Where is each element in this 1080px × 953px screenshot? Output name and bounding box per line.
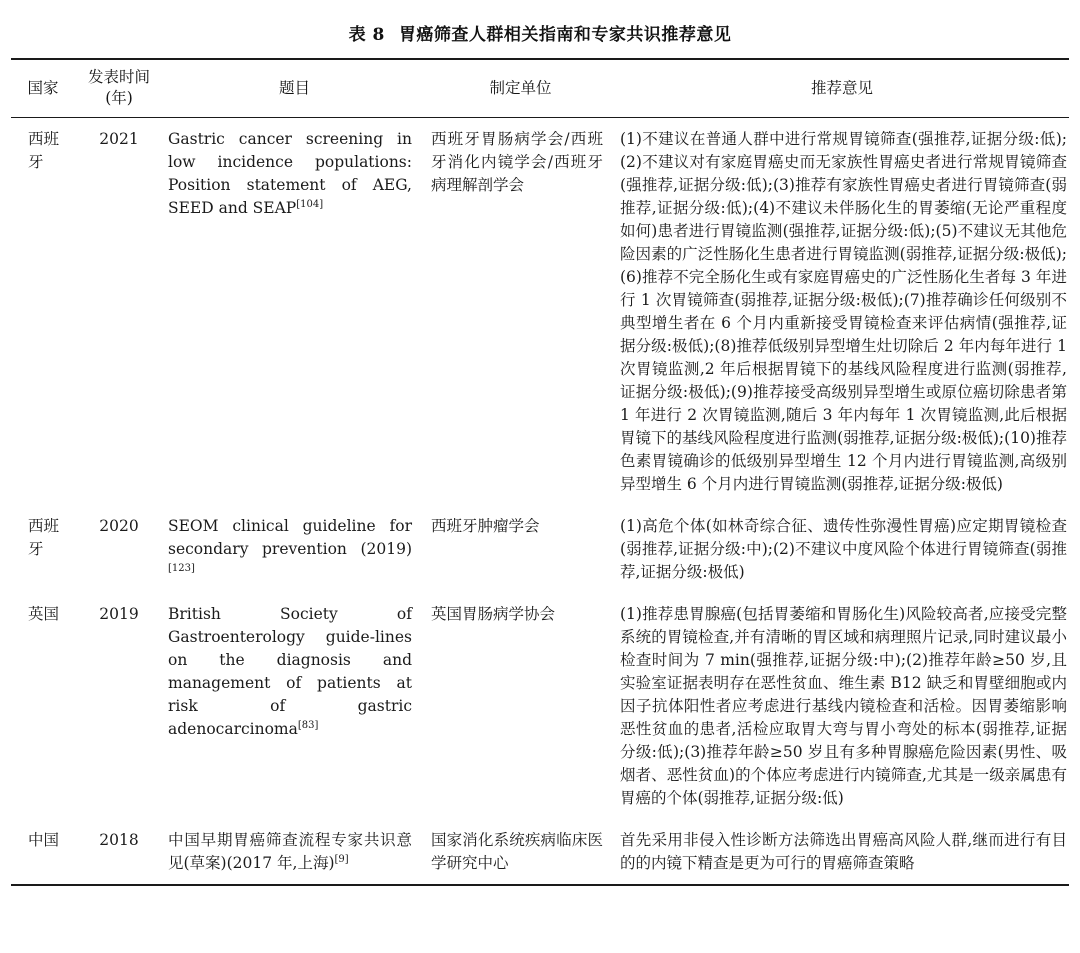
guideline-title: SEOM clinical guideline for secondary pr… — [168, 517, 412, 558]
column-header-country: 国家 — [11, 59, 75, 118]
recommendation-cell: (1)不建议在普通人群中进行常规胃镜筛查(强推荐,证据分级:低);(2)不建议对… — [615, 118, 1069, 506]
title-cell: British Society of Gastroenterology guid… — [163, 593, 426, 819]
recommendation-cell: (1)推荐患胃腺癌(包括胃萎缩和胃肠化生)风险较高者,应接受完整系统的胃镜检查,… — [615, 593, 1069, 819]
organization-cell: 国家消化系统疾病临床医学研究中心 — [426, 819, 615, 885]
reference-superscript: [123] — [168, 563, 195, 574]
year-cell: 2019 — [75, 593, 163, 819]
column-header-recommendation: 推荐意见 — [615, 59, 1069, 118]
column-header-organization: 制定单位 — [426, 59, 615, 118]
recommendation-cell: 首先采用非侵入性诊断方法筛选出胃癌高风险人群,继而进行有目的的内镜下精查是更为可… — [615, 819, 1069, 885]
title-cell: Gastric cancer screening in low incidenc… — [163, 118, 426, 506]
country-cell: 西班牙 — [11, 118, 75, 506]
column-header-year-line1: 发表时间 — [79, 67, 159, 88]
guideline-table: 国家 发表时间 (年) 题目 制定单位 推荐意见 西班牙 2021 Gastri… — [11, 58, 1069, 886]
country-cell: 西班牙 — [11, 505, 75, 593]
column-header-year-line2: (年) — [79, 88, 159, 109]
reference-superscript: [104] — [296, 199, 323, 210]
table-header-row: 国家 发表时间 (年) 题目 制定单位 推荐意见 — [11, 59, 1069, 118]
title-cell: SEOM clinical guideline for secondary pr… — [163, 505, 426, 593]
recommendation-cell: (1)高危个体(如林奇综合征、遗传性弥漫性胃癌)应定期胃镜检查(弱推荐,证据分级… — [615, 505, 1069, 593]
column-header-title: 题目 — [163, 59, 426, 118]
table-number: 表 8 — [349, 25, 385, 45]
organization-cell: 西班牙肿瘤学会 — [426, 505, 615, 593]
table-title-text: 胃癌筛查人群相关指南和专家共识推荐意见 — [399, 25, 732, 45]
country-cell: 英国 — [11, 593, 75, 819]
title-cell: 中国早期胃癌筛查流程专家共识意见(草案)(2017 年,上海)[9] — [163, 819, 426, 885]
paper-page: 表 8胃癌筛查人群相关指南和专家共识推荐意见 国家 发表时间 (年) 题目 制定… — [0, 0, 1080, 953]
year-cell: 2018 — [75, 819, 163, 885]
table-row: 西班牙 2020 SEOM clinical guideline for sec… — [11, 505, 1069, 593]
table-caption: 表 8胃癌筛查人群相关指南和专家共识推荐意见 — [11, 20, 1069, 45]
organization-cell: 西班牙胃肠病学会/西班牙消化内镜学会/西班牙病理解剖学会 — [426, 118, 615, 506]
year-cell: 2021 — [75, 118, 163, 506]
table-row: 西班牙 2021 Gastric cancer screening in low… — [11, 118, 1069, 506]
reference-superscript: [83] — [298, 720, 319, 731]
guideline-title: British Society of Gastroenterology guid… — [168, 605, 412, 738]
country-cell: 中国 — [11, 819, 75, 885]
guideline-title: 中国早期胃癌筛查流程专家共识意见(草案)(2017 年,上海) — [168, 831, 412, 872]
column-header-year: 发表时间 (年) — [75, 59, 163, 118]
table-row: 中国 2018 中国早期胃癌筛查流程专家共识意见(草案)(2017 年,上海)[… — [11, 819, 1069, 885]
guideline-title: Gastric cancer screening in low incidenc… — [168, 130, 412, 217]
organization-cell: 英国胃肠病学协会 — [426, 593, 615, 819]
reference-superscript: [9] — [335, 854, 349, 865]
table-row: 英国 2019 British Society of Gastroenterol… — [11, 593, 1069, 819]
year-cell: 2020 — [75, 505, 163, 593]
